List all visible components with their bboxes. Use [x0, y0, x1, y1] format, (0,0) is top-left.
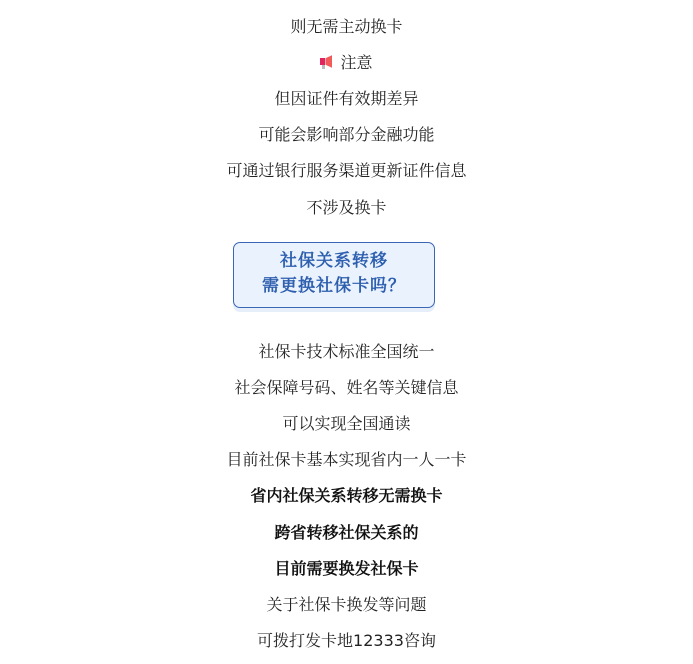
megaphone-icon [320, 55, 338, 69]
bold-text-line: 省内社保关系转移无需换卡 [0, 485, 693, 507]
text-line: 可以实现全国通读 [0, 413, 693, 435]
bold-text-line: 跨省转移社保关系的 [0, 522, 693, 544]
text-line: 可通过银行服务渠道更新证件信息 [0, 160, 693, 182]
section-heading-card: 社保关系转移 需更换社保卡吗？ [233, 242, 435, 308]
text-line: 可拨打发卡地12333咨询 [0, 630, 693, 652]
notice-line: 注意 [0, 52, 693, 74]
heading-line-2: 需更换社保卡吗？ [234, 274, 434, 299]
bold-text-line: 目前需要换发社保卡 [0, 558, 693, 580]
notice-label: 注意 [340, 53, 372, 72]
text-line: 可能会影响部分金融功能 [0, 124, 693, 146]
text-line: 目前社保卡基本实现省内一人一卡 [0, 449, 693, 471]
heading-line-1: 社保关系转移 [234, 249, 434, 274]
text-line: 则无需主动换卡 [0, 16, 693, 38]
article-page: 则无需主动换卡 注意 但因证件有效期差异 可能会影响部分金融功能 可通过银行服务… [0, 0, 693, 664]
text-line: 社保卡技术标准全国统一 [0, 341, 693, 363]
text-line: 社会保障号码、姓名等关键信息 [0, 377, 693, 399]
text-line: 但因证件有效期差异 [0, 88, 693, 110]
text-line: 关于社保卡换发等问题 [0, 594, 693, 616]
text-line: 不涉及换卡 [0, 197, 693, 219]
